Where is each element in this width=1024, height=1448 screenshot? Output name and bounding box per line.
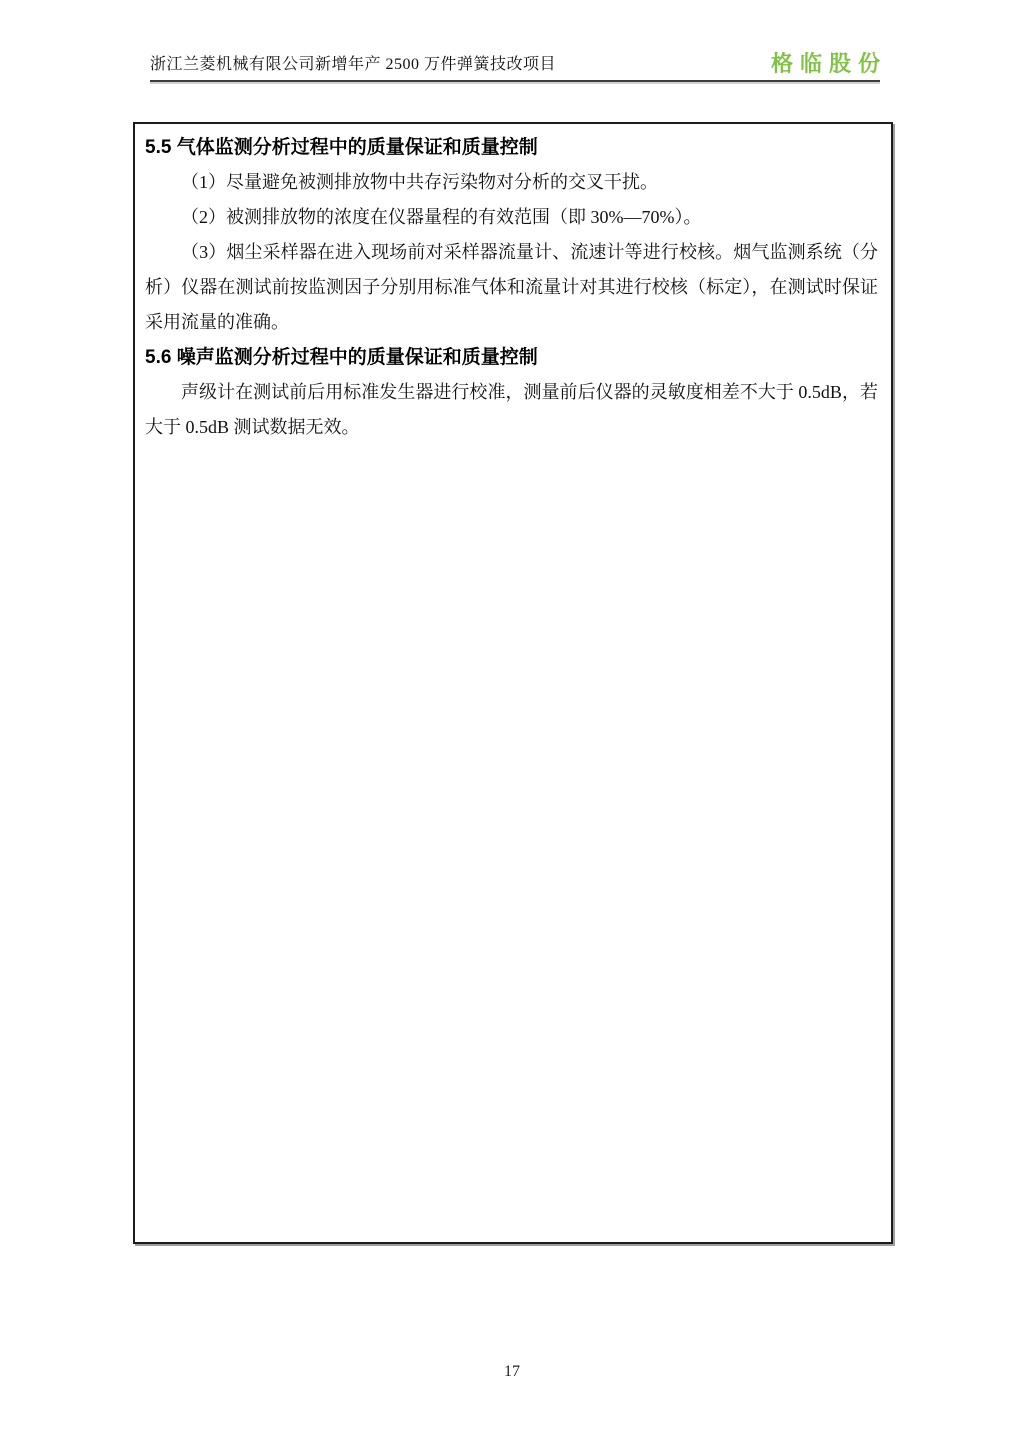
section-5-5-paragraph-3: （3）烟尘采样器在进入现场前对采样器流量计、流速计等进行校核。烟气监测系统（分析… xyxy=(145,235,878,340)
section-5-6-heading: 5.6 噪声监测分析过程中的质量保证和质量控制 xyxy=(145,340,878,375)
company-logo: 格临股份 xyxy=(771,52,887,76)
page-number: 17 xyxy=(0,1363,1024,1381)
section-5-6-paragraph-1: 声级计在测试前后用标准发生器进行校准，测量前后仪器的灵敏度相差不大于 0.5dB… xyxy=(145,375,878,445)
header-project-title: 浙江兰菱机械有限公司新增年产 2500 万件弹簧技改项目 xyxy=(150,54,556,76)
page-header: 浙江兰菱机械有限公司新增年产 2500 万件弹簧技改项目 格临股份 xyxy=(150,52,880,82)
content-box: 5.5 气体监测分析过程中的质量保证和质量控制 （1）尽量避免被测排放物中共存污… xyxy=(133,122,893,1244)
section-5-5-paragraph-1: （1）尽量避免被测排放物中共存污染物对分析的交叉干扰。 xyxy=(145,165,878,200)
section-5-5-paragraph-2: （2）被测排放物的浓度在仪器量程的有效范围（即 30%—70%）。 xyxy=(145,200,878,235)
document-page: 浙江兰菱机械有限公司新增年产 2500 万件弹簧技改项目 格临股份 5.5 气体… xyxy=(0,0,1024,1448)
section-5-5-heading: 5.5 气体监测分析过程中的质量保证和质量控制 xyxy=(145,130,878,165)
